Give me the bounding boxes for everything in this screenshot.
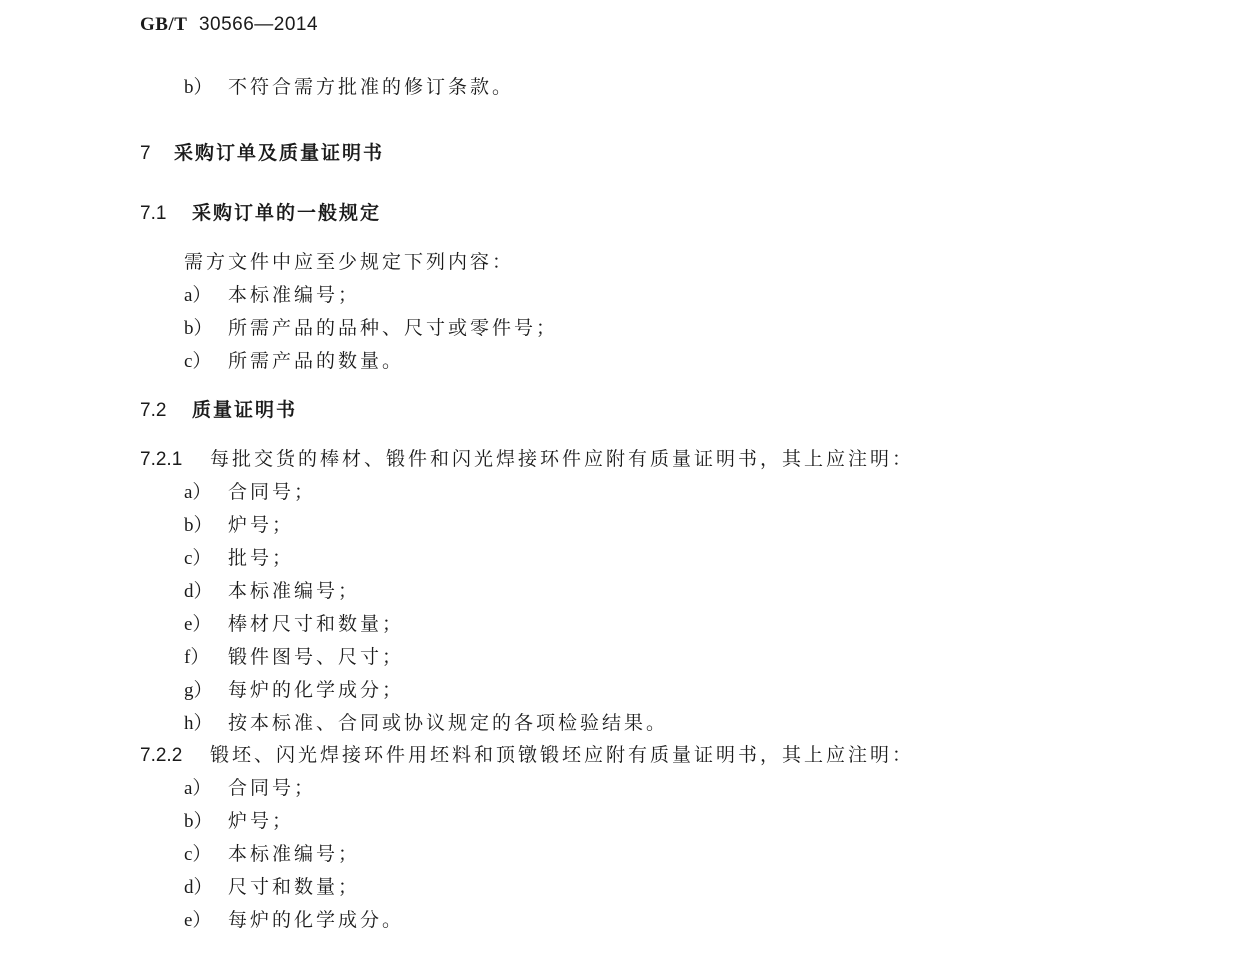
- clause-text: 每批交货的棒材、锻件和闪光焊接环件应附有质量证明书，其上应注明：: [210, 448, 914, 470]
- section-number: 7.1: [140, 203, 192, 225]
- item-mark: b）: [184, 806, 228, 833]
- item-mark: d）: [184, 576, 228, 603]
- list-item: c）本标准编号；: [184, 839, 360, 866]
- item-text: 批号；: [228, 547, 294, 569]
- section-heading-7-1: 7.1采购订单的一般规定: [140, 198, 381, 225]
- item-text: 锻件图号、尺寸；: [228, 646, 404, 668]
- list-item: f）锻件图号、尺寸；: [184, 642, 404, 669]
- list-item: a）合同号；: [184, 773, 316, 800]
- item-mark: e）: [184, 609, 228, 636]
- item-mark: h）: [184, 708, 228, 735]
- item-text: 所需产品的品种、尺寸或零件号；: [228, 317, 558, 339]
- list-item: e）每炉的化学成分。: [184, 905, 404, 932]
- clause-text: 锻坯、闪光焊接环件用坯料和顶镦锻坯应附有质量证明书，其上应注明：: [210, 744, 914, 766]
- item-mark: f）: [184, 642, 228, 669]
- item-text: 棒材尺寸和数量；: [228, 613, 404, 635]
- item-mark: d）: [184, 872, 228, 899]
- document-page: GB/T 30566—2014 b）不符合需方批准的修订条款。 7采购订单及质量…: [0, 0, 1240, 953]
- item-mark: b）: [184, 510, 228, 537]
- clause-number: 7.2.1: [140, 449, 210, 471]
- item-text: 本标准编号；: [228, 284, 360, 306]
- item-mark: c）: [184, 543, 228, 570]
- standard-prefix: GB/T: [140, 14, 187, 35]
- list-item: d）本标准编号；: [184, 576, 360, 603]
- list-item: c）所需产品的数量。: [184, 346, 404, 373]
- item-mark: a）: [184, 477, 228, 504]
- section-number: 7.2: [140, 400, 192, 422]
- item-mark: b）: [184, 313, 228, 340]
- list-item: b）炉号；: [184, 806, 294, 833]
- item-text: 炉号；: [228, 514, 294, 536]
- section-title: 采购订单的一般规定: [192, 202, 381, 224]
- item-text: 合同号；: [228, 481, 316, 503]
- clause-number: 7.2.2: [140, 745, 210, 767]
- item-mark: g）: [184, 675, 228, 702]
- item-text: 不符合需方批准的修订条款。: [228, 76, 514, 98]
- item-mark: e）: [184, 905, 228, 932]
- section-heading-7: 7采购订单及质量证明书: [140, 138, 384, 165]
- list-item: g）每炉的化学成分；: [184, 675, 404, 702]
- item-text: 所需产品的数量。: [228, 350, 404, 372]
- list-item: h）按本标准、合同或协议规定的各项检验结果。: [184, 708, 668, 735]
- list-item: d）尺寸和数量；: [184, 872, 360, 899]
- section-heading-7-2: 7.2质量证明书: [140, 395, 297, 422]
- item-text: 合同号；: [228, 777, 316, 799]
- item-text: 本标准编号；: [228, 580, 360, 602]
- list-item: c）批号；: [184, 543, 294, 570]
- item-text: 每炉的化学成分；: [228, 679, 404, 701]
- item-mark: a）: [184, 773, 228, 800]
- list-item: a）本标准编号；: [184, 280, 360, 307]
- section-number: 7: [140, 143, 174, 165]
- item-mark: c）: [184, 839, 228, 866]
- item-text: 每炉的化学成分。: [228, 909, 404, 931]
- item-mark: b）: [184, 72, 228, 99]
- section-title: 采购订单及质量证明书: [174, 142, 384, 164]
- clause-7-2-2: 7.2.2锻坯、闪光焊接环件用坯料和顶镦锻坯应附有质量证明书，其上应注明：: [140, 740, 914, 767]
- item-text: 尺寸和数量；: [228, 876, 360, 898]
- standard-number: 30566—2014: [199, 14, 318, 35]
- list-item: b）所需产品的品种、尺寸或零件号；: [184, 313, 558, 340]
- item-text: 炉号；: [228, 810, 294, 832]
- list-item: e）棒材尺寸和数量；: [184, 609, 404, 636]
- item-text: 按本标准、合同或协议规定的各项检验结果。: [228, 712, 668, 734]
- clause-7-2-1: 7.2.1每批交货的棒材、锻件和闪光焊接环件应附有质量证明书，其上应注明：: [140, 444, 914, 471]
- standard-header: GB/T 30566—2014: [140, 14, 318, 36]
- paragraph-intro: 需方文件中应至少规定下列内容：: [184, 247, 514, 274]
- list-item: b）不符合需方批准的修订条款。: [184, 72, 514, 99]
- item-mark: c）: [184, 346, 228, 373]
- section-title: 质量证明书: [192, 399, 297, 421]
- list-item: b）炉号；: [184, 510, 294, 537]
- list-item: a）合同号；: [184, 477, 316, 504]
- item-mark: a）: [184, 280, 228, 307]
- item-text: 本标准编号；: [228, 843, 360, 865]
